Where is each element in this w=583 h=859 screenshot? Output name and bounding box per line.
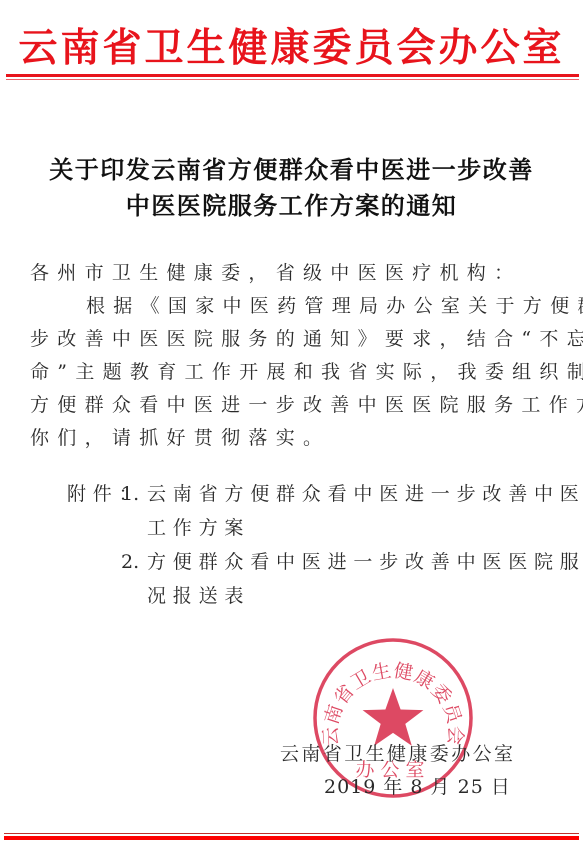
issuer-signature: 云南省卫生健康委办公室 [280,740,510,768]
attachment-number: 1. [121,478,139,511]
attachment-title: 工作方案 [147,512,250,545]
document-title: 关于印发云南省方便群众看中医进一步改善 中医医院服务工作方案的通知 [0,152,583,224]
document-body: 各州市卫生健康委，省级中医医疗机构： 根据《国家中医药管理局办公室关于方便群众看… [30,257,558,455]
attachment-item-2-continued: 况报送表 [67,580,567,614]
document-title-line-2: 中医医院服务工作方案的通知 [0,188,583,224]
attachments-section: 附件： 1. 云南省方便群众看中医进一步改善中医医院服务 工作方案 2. 方便群… [67,478,567,614]
attachment-title: 方便群众看中医进一步改善中医医院服务工作情 [147,546,583,579]
issuing-organization-header: 云南省卫生健康委员会办公室 [0,24,583,72]
attachment-item-2: 2. 方便群众看中医进一步改善中医医院服务工作情 [67,546,567,580]
paragraph-line: 你们，请抓好贯彻落实。 [30,422,558,455]
issue-date: 2019 年 8 月 25 日 [324,773,511,801]
document-page: 云南省卫生健康委员会办公室 关于印发云南省方便群众看中医进一步改善 中医医院服务… [0,0,583,859]
attachment-item-1-continued: 工作方案 [67,512,567,546]
header-red-rule-thin [6,79,579,80]
paragraph-line: 方便群众看中医进一步改善中医医院服务工作方案》，现印发 [30,389,558,422]
document-title-line-1: 关于印发云南省方便群众看中医进一步改善 [0,152,583,188]
attachment-item-1: 附件： 1. 云南省方便群众看中医进一步改善中医医院服务 [67,478,567,512]
footer-rule-thick [4,836,579,840]
attachment-title: 况报送表 [147,580,250,613]
salutation: 各州市卫生健康委，省级中医医疗机构： [30,257,558,290]
star-icon [363,688,424,746]
paragraph-line: 步改善中医医院服务的通知》要求，结合“不忘初心、牢记使 [30,323,558,356]
attachment-number: 2. [121,546,139,579]
header-red-rule-thick [6,74,579,77]
paragraph-line: 命”主题教育工作开展和我省实际，我委组织制定了《云南省 [30,356,558,389]
attachment-title: 云南省方便群众看中医进一步改善中医医院服务 [147,478,583,511]
footer-rule-thin [4,833,579,834]
paragraph-line: 根据《国家中医药管理局办公室关于方便群众看中医进一 [30,290,558,323]
